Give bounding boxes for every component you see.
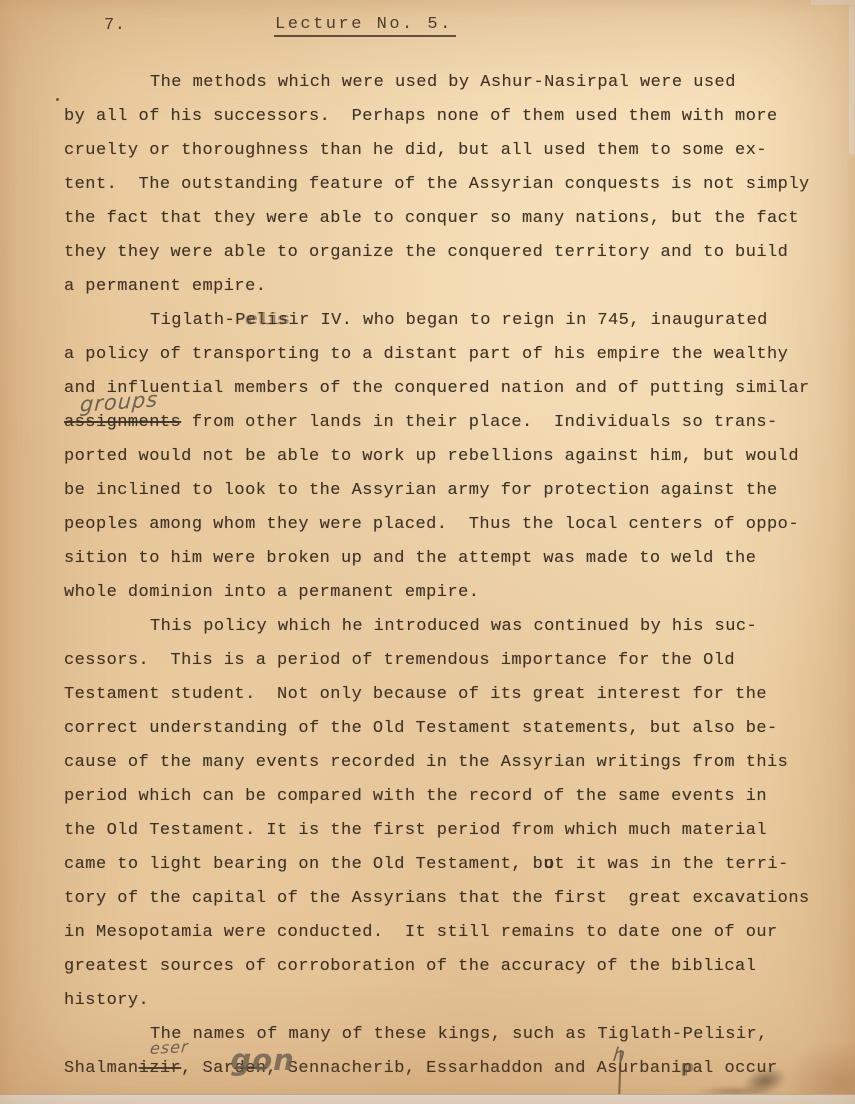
typed-line: in Mesopotamia were conducted. It still … [64,916,827,950]
struck-word: izireser [139,1059,182,1078]
typed-text: urbani [618,1059,682,1078]
typed-text: the fact that they were able to conquer … [64,209,799,228]
typed-line: greatest sources of corroboration of the… [64,950,827,984]
typed-line: Testament student. Not only because of i… [64,678,827,712]
typed-text: from other lands in their place. Individ… [181,413,778,432]
struck-word: dengon [234,1059,266,1078]
typed-line: and influential members of the conquered… [64,372,827,406]
typed-text: in Mesopotamia were conducted. It still … [64,923,778,942]
typed-line: the fact that they were able to conquer … [64,202,827,236]
struck-word: assignmentsgroups [64,413,181,432]
typed-body: The methods which were used by Ashur-Nas… [64,66,827,1086]
typed-text: tory of the capital of the Assyrians tha… [64,889,810,908]
paragraph: This policy which he introduced was cont… [64,610,827,1018]
typed-line: assignmentsgroups from other lands in th… [64,406,827,440]
typed-text: sition to him were broken up and the att… [64,549,756,568]
typed-line: sition to him were broken up and the att… [64,542,827,576]
typed-line: a permanent empire. [64,270,827,304]
typed-line: history. [64,984,827,1018]
typed-line: cruelty or thoroughness than he did, but… [64,134,827,168]
typed-text: history. [64,991,149,1010]
typed-text: correct understanding of the Old Testame… [64,719,778,738]
typed-text: cessors. This is a period of tremendous … [64,651,735,670]
typed-text: whole dominion into a permanent empire. [64,583,479,602]
typed-line: cessors. This is a period of tremendous … [64,644,827,678]
typed-line: Shalmanizireser, Sardengon, Sennacherib,… [64,1052,827,1086]
typed-text: came to light bearing on the Old Testame… [64,855,543,874]
overtyped-text: uo [543,855,545,874]
typed-line: The methods which were used by Ashur-Nas… [64,66,827,100]
typed-text: , Sar [181,1059,234,1078]
paper-stain [785,1040,855,1095]
typed-text: , Sennacherib, Essarhaddon and As [266,1059,618,1078]
typed-text: cruelty or thoroughness than he did, but… [64,141,767,160]
typed-text: The methods which were used by Ashur-Nas… [150,73,736,92]
typed-text: Tiglath-P [150,311,246,330]
typed-text: The names of many of these kings, such a… [150,1025,768,1044]
paragraph: The methods which were used by Ashur-Nas… [64,66,827,304]
typed-text: t it was in the terri- [554,855,788,874]
paragraph: Tiglath-Pelisir IV. who began to reign i… [64,304,827,610]
typed-line: came to light bearing on the Old Testame… [64,848,827,882]
typed-text: peoples among whom they were placed. Thu… [64,515,799,534]
typed-text: a policy of transporting to a distant pa… [64,345,788,364]
typed-text: greatest sources of corroboration of the… [64,957,756,976]
scanned-page: 7. Lecture No. 5. The methods which were… [0,0,855,1104]
typed-text: Testament student. Not only because of i… [64,685,767,704]
typed-line: Tiglath-Pelisir IV. who began to reign i… [64,304,827,338]
typed-line: whole dominion into a permanent empire. [64,576,827,610]
typed-text: tent. The outstanding feature of the Ass… [64,175,810,194]
typed-text: This policy which he introduced was cont… [150,617,757,636]
typed-line: the Old Testament. It is the first perio… [64,814,827,848]
typed-text: ir IV. who began to reign in 745, inaugu… [288,311,767,330]
typed-text: by all of his successors. Perhaps none o… [64,107,778,126]
typed-line: The names of many of these kings, such a… [64,1018,827,1052]
typed-text: period which can be compared with the re… [64,787,767,806]
ink-dot [56,98,59,101]
typed-line: period which can be compared with the re… [64,780,827,814]
scan-edge-right [849,5,855,155]
page-title: Lecture No. 5. [274,15,456,37]
typed-text: the Old Testament. It is the first perio… [64,821,767,840]
typed-text: be inclined to look to the Assyrian army… [64,481,778,500]
typed-text: and influential members of the conquered… [64,379,810,398]
typed-text: they they were able to organize the conq… [64,243,788,262]
typed-line: cause of the many events recorded in the… [64,746,827,780]
overtyped-text: p [682,1059,693,1078]
typed-text: cause of the many events recorded in the… [64,753,788,772]
typed-line: be inclined to look to the Assyrian army… [64,474,827,508]
typed-text: a permanent empire. [64,277,266,296]
typed-line: tent. The outstanding feature of the Ass… [64,168,827,202]
overtyped-text: elis [246,311,289,330]
typed-text: Shalman [64,1059,139,1078]
typed-line: ported would not be able to work up rebe… [64,440,827,474]
typed-line: peoples among whom they were placed. Thu… [64,508,827,542]
typed-line: a policy of transporting to a distant pa… [64,338,827,372]
typed-line: by all of his successors. Perhaps none o… [64,100,827,134]
typed-text: ported would not be able to work up rebe… [64,447,799,466]
scan-edge-top [811,0,855,5]
scan-edge-bottom [0,1094,855,1104]
paragraph: The names of many of these kings, such a… [64,1018,827,1086]
page-number: 7. [104,16,125,35]
typed-line: they they were able to organize the conq… [64,236,827,270]
typed-line: correct understanding of the Old Testame… [64,712,827,746]
typed-line: tory of the capital of the Assyrians tha… [64,882,827,916]
typed-line: This policy which he introduced was cont… [64,610,827,644]
